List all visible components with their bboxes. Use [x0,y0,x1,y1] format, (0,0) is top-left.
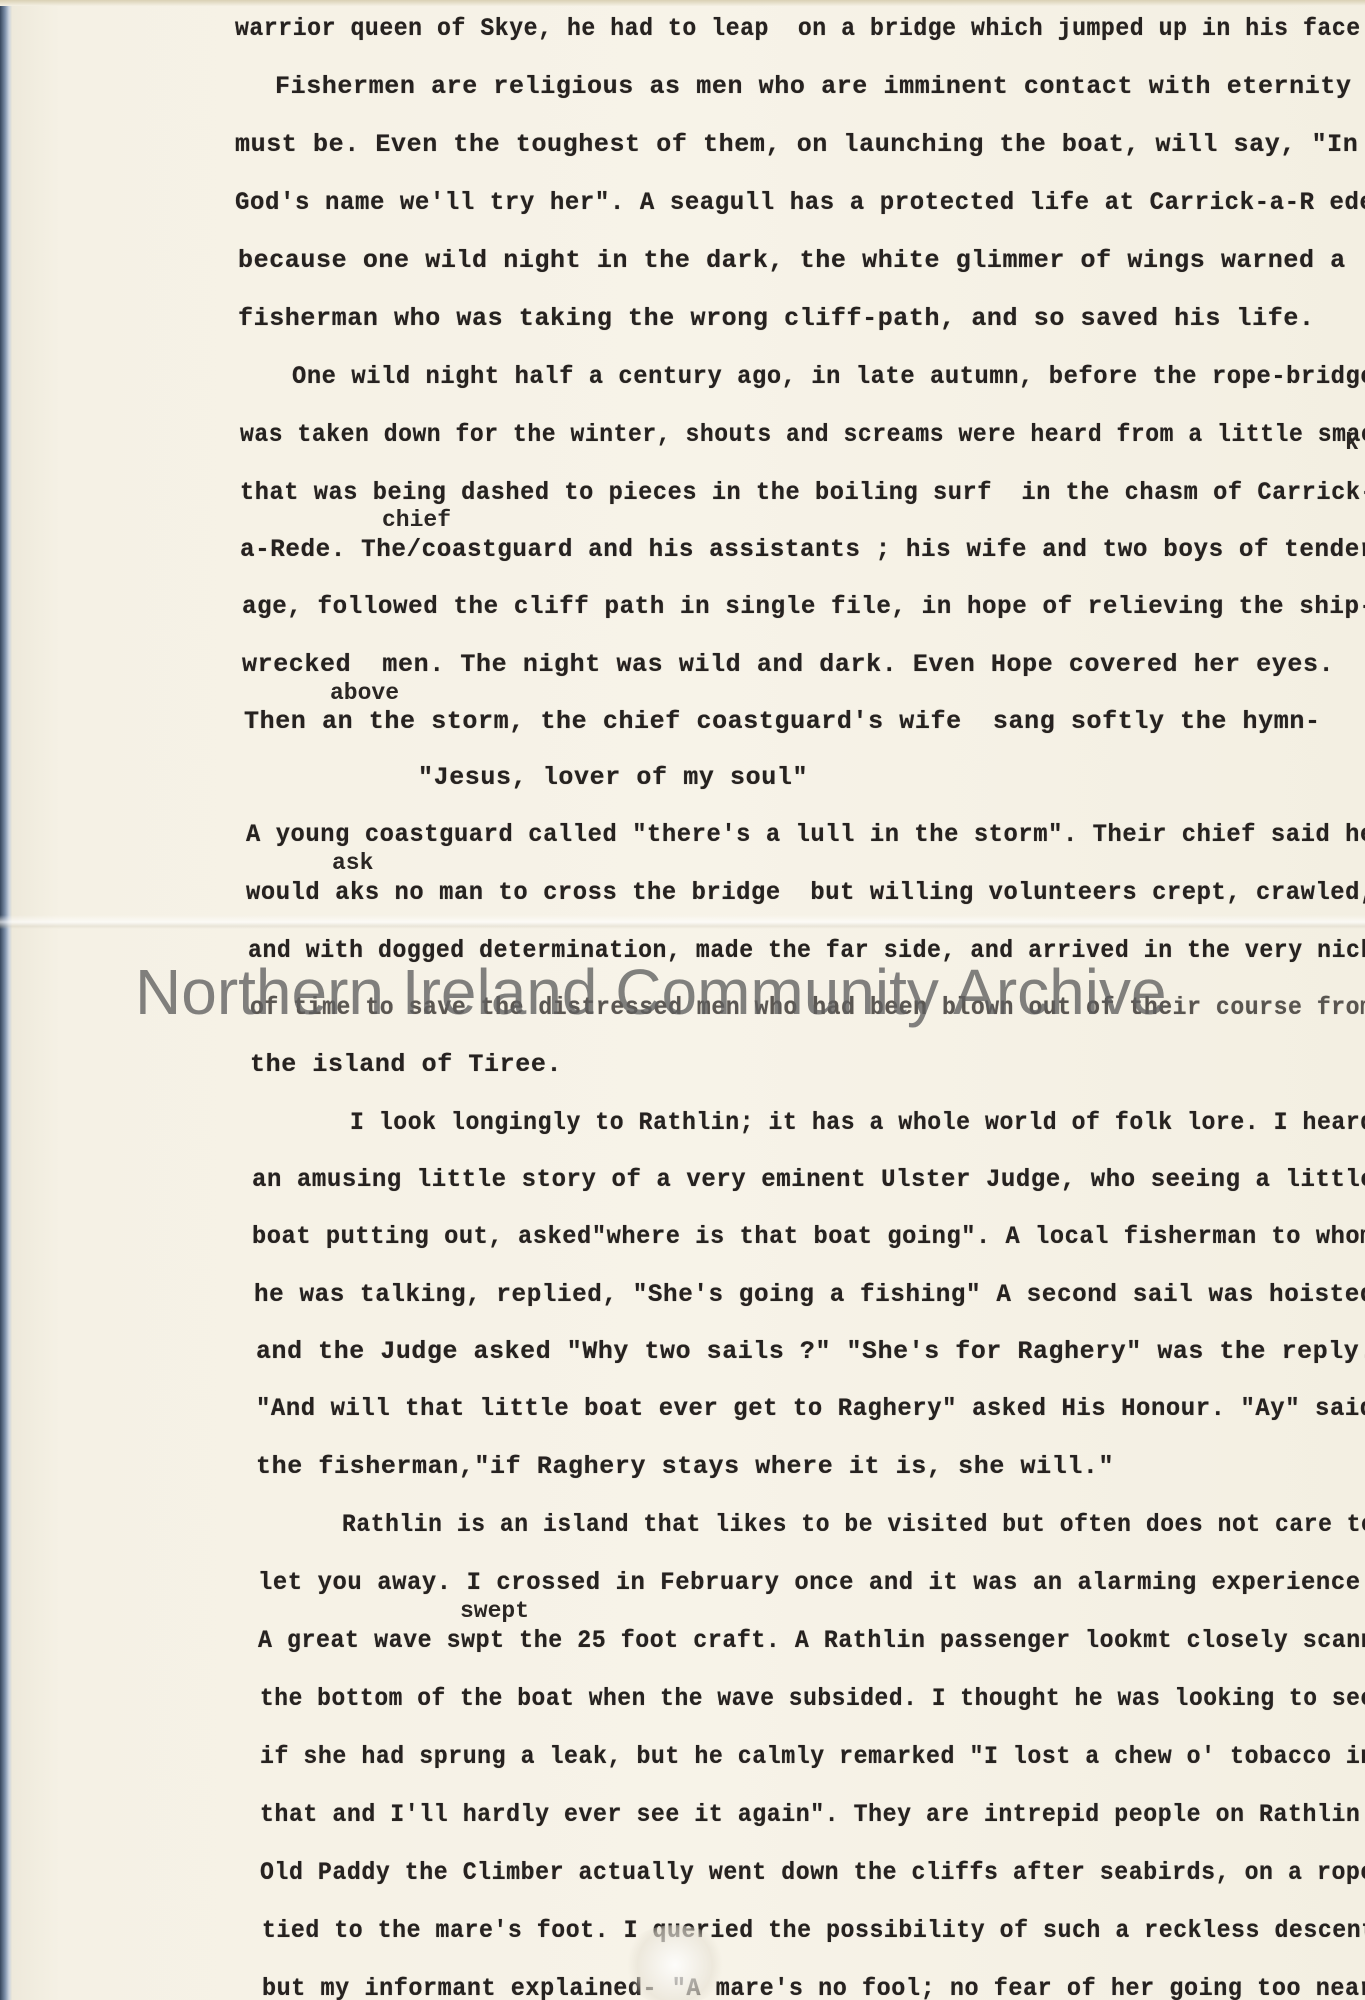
text-line: and the Judge asked "Why two sails ?" "S… [256,1337,1365,1366]
embossed-seal [620,1925,730,2000]
text-line: God's name we'll try her". A seagull has… [235,188,1365,217]
text-line: an amusing little story of a very eminen… [252,1165,1365,1194]
text-line: wrecked men. The night was wild and dark… [242,650,1334,679]
text-line: that and I'll hardly ever see it again".… [260,1800,1365,1829]
text-line: A young coastguard called "there's a lul… [246,820,1365,849]
text-line: let you away. I crossed in February once… [258,1568,1365,1597]
page-left-edge [0,0,12,2000]
typed-insertion: swept [460,1598,529,1624]
page-top-edge [0,0,1365,6]
text-line: would aks no man to cross the bridge but… [246,878,1365,907]
text-line: that was being dashed to pieces in the b… [240,478,1365,507]
text-line: Rathlin is an island that likes to be vi… [342,1510,1365,1539]
text-line: fisherman who was taking the wrong cliff… [238,304,1315,333]
text-line: the island of Tiree. [250,1050,562,1079]
text-line: A great wave swpt the 25 foot craft. A R… [258,1626,1365,1655]
text-line: tied to the mare's foot. I queried the p… [262,1916,1365,1945]
text-line: warrior queen of Skye, he had to leap on… [235,14,1365,43]
text-line: age, followed the cliff path in single f… [242,592,1365,621]
archive-watermark: Northern Ireland Community Archive [135,955,1167,1029]
text-line: was taken down for the winter, shouts an… [240,420,1365,449]
text-line: boat putting out, asked"where is that bo… [252,1222,1365,1251]
typed-insertion: k [1345,430,1359,456]
typed-insertion: ask [332,850,373,876]
text-line: Then an the storm, the chief coastguard'… [244,707,1321,736]
text-line: because one wild night in the dark, the … [238,246,1346,275]
text-line: a-Rede. The/coastguard and his assistant… [240,535,1365,564]
text-line: if she had sprung a leak, but he calmly … [260,1742,1365,1771]
text-line: but my informant explained- "A mare's no… [262,1974,1365,2000]
text-line: he was talking, replied, "She's going a … [254,1280,1365,1309]
text-line: the bottom of the boat when the wave sub… [260,1684,1365,1713]
text-line: the fisherman,"if Raghery stays where it… [256,1452,1114,1481]
text-line: I look longingly to Rathlin; it has a wh… [350,1108,1365,1137]
paper-fold-crease [0,915,1365,929]
text-line: must be. Even the toughest of them, on l… [235,130,1358,159]
typed-insertion: chief [382,507,451,533]
text-line: "Jesus, lover of my soul" [418,763,808,792]
text-line: One wild night half a century ago, in la… [292,362,1365,391]
text-line: Old Paddy the Climber actually went down… [260,1858,1365,1887]
text-line: Fishermen are religious as men who are i… [275,72,1352,101]
typed-insertion: above [330,680,399,706]
text-line: "And will that little boat ever get to R… [256,1394,1365,1423]
